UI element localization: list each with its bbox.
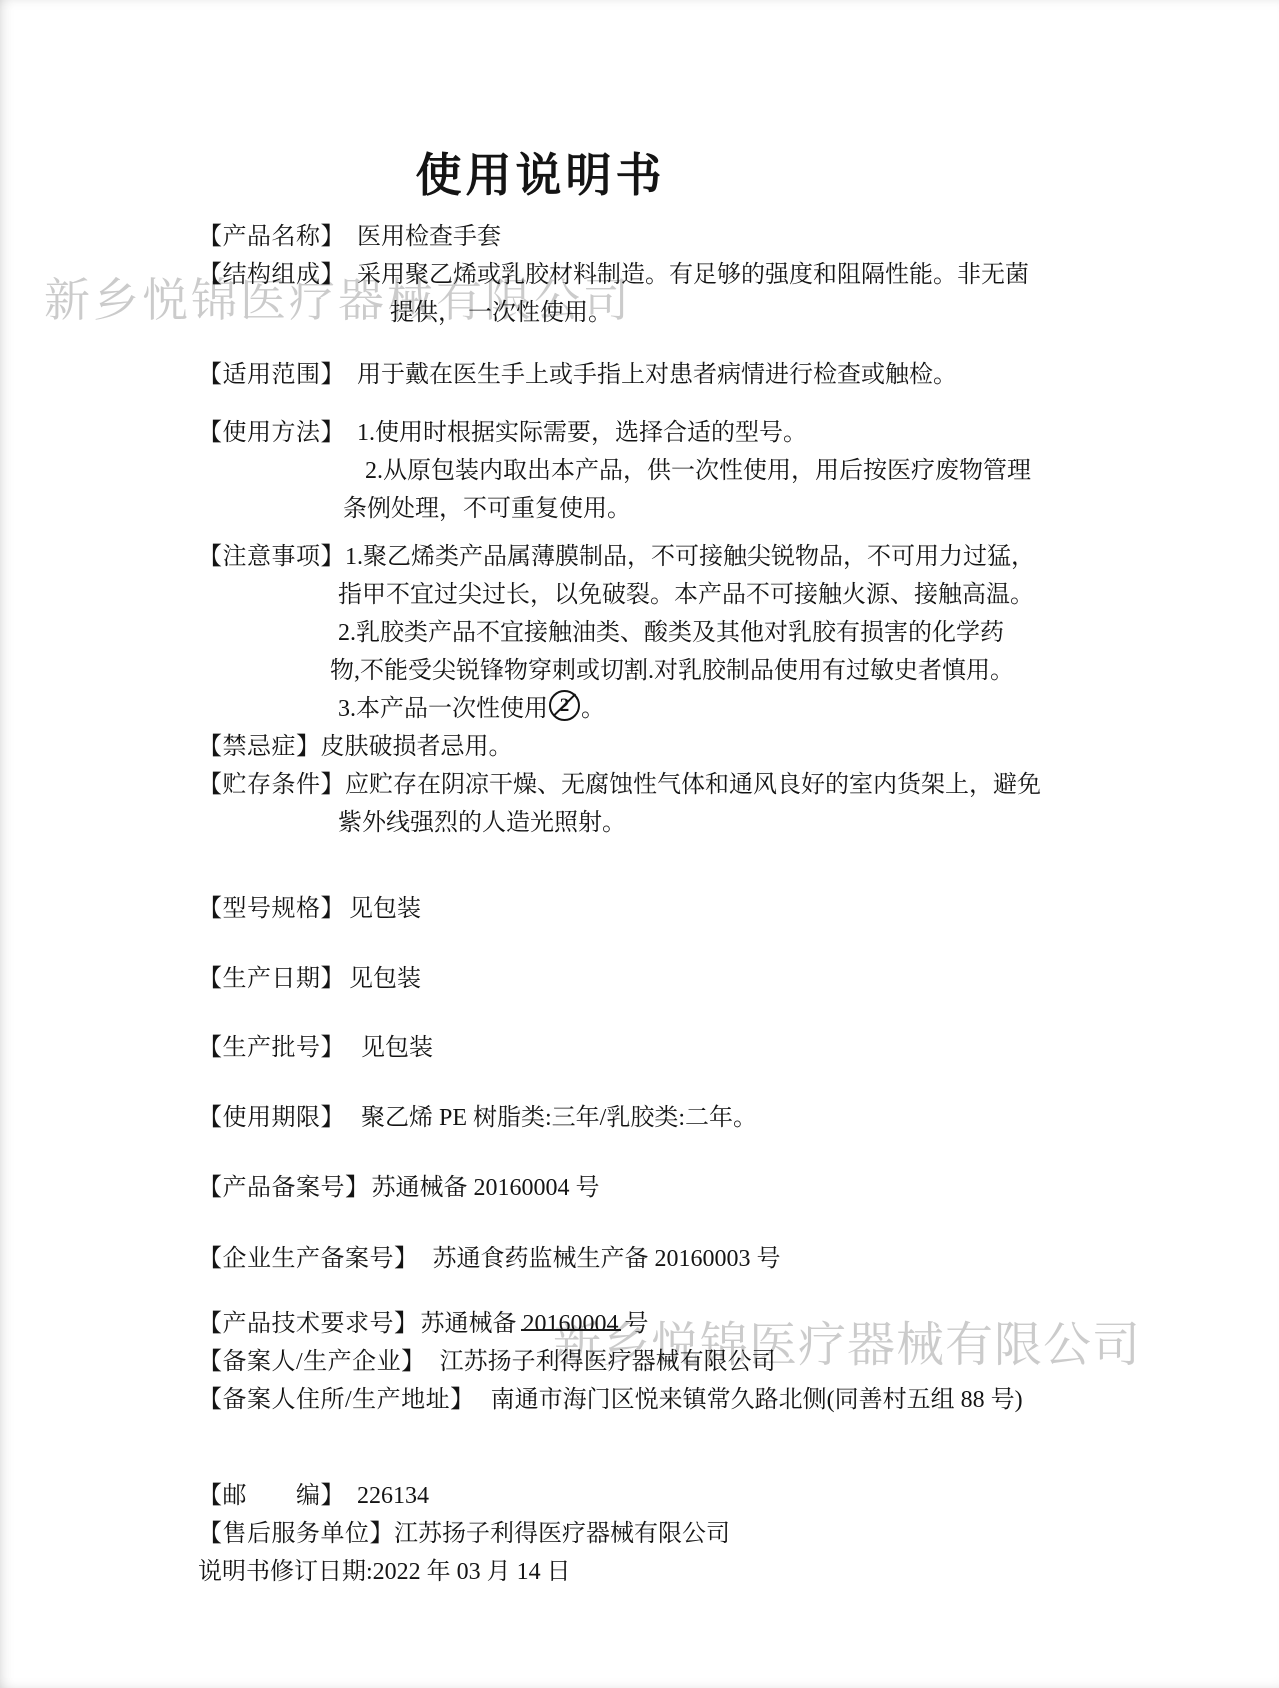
field-precautions: 【注意事项】1.聚乙烯类产品属薄膜制品，不可接触尖锐物品，不可用力过猛， 指甲不…: [198, 538, 1159, 728]
field-value-line: 指甲不宜过尖过长，以免破裂。本产品不可接触火源、接触高温。: [338, 576, 1159, 614]
revision-date-text: 说明书修订日期:2022 年 03 月 14 日: [198, 1559, 571, 1585]
field-value: 3.本产品一次性使用: [338, 696, 548, 722]
field-label: 【生产批号】: [198, 1035, 345, 1061]
field-value: 1.使用时根据实际需要，选择合适的型号。: [357, 420, 807, 446]
field-value: 聚乙烯 PE 树脂类:三年/乳胶类:二年。: [361, 1105, 757, 1131]
field-label: 【售后服务单位】: [198, 1521, 394, 1547]
field-label: 【产品名称】: [198, 224, 345, 250]
field-label: 【禁忌症】: [198, 734, 321, 760]
field-value-prefix: 苏通械备: [421, 1311, 523, 1337]
field-composition: 【结构组成】采用聚乙烯或乳胶材料制造。有足够的强度和阻隔性能。非无菌 提供， 一…: [198, 256, 1159, 332]
field-scope: 【适用范围】用于戴在医生手上或手指上对患者病情进行检查或触检。: [198, 356, 1159, 394]
field-value: 江苏扬子利得医疗器械有限公司: [394, 1521, 730, 1547]
field-address: 【备案人住所/生产地址】南通市海门区悦来镇常久路北侧(同善村五组 88 号): [198, 1381, 1159, 1419]
field-value: 见包装: [349, 966, 421, 992]
field-value: 苏通食药监械生产备 20160003 号: [433, 1246, 781, 1272]
field-label: 【注意事项】: [198, 544, 345, 570]
field-postal-code: 【邮 编】226134: [198, 1477, 1159, 1515]
field-storage: 【贮存条件】应贮存在阴凉干燥、无腐蚀性气体和通风良好的室内货架上，避免 紫外线强…: [198, 766, 1159, 842]
document-title: 使用说明书: [0, 148, 961, 204]
field-model-spec: 【型号规格】见包装: [198, 890, 1159, 928]
field-value: 苏通械备 20160004 号: [372, 1175, 600, 1201]
field-value: 江苏扬子利得医疗器械有限公司: [440, 1349, 776, 1375]
field-value: 应贮存在阴凉干燥、无腐蚀性气体和通风良好的室内货架上，避免: [345, 772, 1041, 798]
field-shelf-life: 【使用期限】聚乙烯 PE 树脂类:三年/乳胶类:二年。: [198, 1099, 1159, 1137]
field-value: 医用检查手套: [357, 224, 501, 250]
document-page: 新乡悦锦医疗器械有限公司 新乡悦锦医疗器械有限公司 使用说明书 【产品名称】医用…: [0, 0, 1279, 1688]
field-label: 【备案人/生产企业】: [198, 1349, 426, 1375]
field-label: 【生产日期】: [198, 966, 345, 992]
field-label: 【型号规格】: [198, 896, 345, 922]
do-not-reuse-digit: 2: [551, 692, 578, 719]
field-label: 【使用方法】: [198, 420, 345, 446]
field-registrant: 【备案人/生产企业】江苏扬子利得医疗器械有限公司: [198, 1343, 1159, 1381]
field-value: 南通市海门区悦来镇常久路北侧(同善村五组 88 号): [491, 1387, 1023, 1413]
field-value: 皮肤破损者忌用。: [321, 734, 513, 760]
field-product-record-no: 【产品备案号】苏通械备 20160004 号: [198, 1169, 1159, 1207]
field-production-date: 【生产日期】见包装: [198, 960, 1159, 998]
document-content: 使用说明书 【产品名称】医用检查手套 【结构组成】采用聚乙烯或乳胶材料制造。有足…: [0, 148, 1279, 1591]
field-label: 【企业生产备案号】: [198, 1246, 419, 1272]
field-batch-no: 【生产批号】见包装: [198, 1029, 1159, 1067]
field-value-line: 条例处理，不可重复使用。: [343, 490, 1159, 528]
field-value-line: 提供， 一次性使用。: [390, 294, 1159, 332]
field-value: 采用聚乙烯或乳胶材料制造。有足够的强度和阻隔性能。非无菌: [357, 262, 1029, 288]
field-label: 【适用范围】: [198, 362, 345, 388]
field-label: 【产品备案号】: [198, 1175, 370, 1201]
field-value-line: 紫外线强烈的人造光照射。: [338, 804, 1159, 842]
field-enterprise-record-no: 【企业生产备案号】苏通食药监械生产备 20160003 号: [198, 1240, 1159, 1278]
field-label: 【贮存条件】: [198, 772, 345, 798]
field-value-line: 2.从原包装内取出本产品，供一次性使用，用后按医疗废物管理: [365, 452, 1159, 490]
field-label: 【结构组成】: [198, 262, 345, 288]
field-label: 【使用期限】: [198, 1105, 345, 1131]
field-after-sales: 【售后服务单位】江苏扬子利得医疗器械有限公司: [198, 1515, 1159, 1553]
field-value-line: 3.本产品一次性使用2。: [338, 690, 1159, 728]
do-not-reuse-icon: 2: [549, 690, 580, 721]
field-contraindication: 【禁忌症】皮肤破损者忌用。: [198, 728, 1159, 766]
field-label: 【产品技术要求号】: [198, 1311, 419, 1337]
field-value: 226134: [357, 1483, 429, 1509]
field-label: 【备案人住所/生产地址】: [198, 1387, 475, 1413]
field-value: 。: [581, 696, 605, 722]
field-label: 【邮 编】: [198, 1483, 345, 1509]
field-product-name: 【产品名称】医用检查手套: [198, 218, 1159, 256]
field-tech-requirement-no: 【产品技术要求号】苏通械备 20160004 号: [198, 1305, 1159, 1343]
field-value-number-struck: 20160004: [523, 1311, 619, 1337]
field-value-line: 物,不能受尖锐锋物穿刺或切割.对乳胶制品使用有过敏史者慎用。: [330, 652, 1159, 690]
field-value: 用于戴在医生手上或手指上对患者病情进行检查或触检。: [357, 362, 957, 388]
field-value-suffix: 号: [619, 1311, 649, 1337]
field-value: 见包装: [349, 896, 421, 922]
field-revision-date: 说明书修订日期:2022 年 03 月 14 日: [198, 1553, 1159, 1591]
field-value: 1.聚乙烯类产品属薄膜制品，不可接触尖锐物品，不可用力过猛，: [345, 544, 1035, 570]
field-value: 见包装: [361, 1035, 433, 1061]
field-value-line: 2.乳胶类产品不宜接触油类、酸类及其他对乳胶有损害的化学药: [338, 614, 1159, 652]
field-usage: 【使用方法】1.使用时根据实际需要，选择合适的型号。 2.从原包装内取出本产品，…: [198, 414, 1159, 528]
